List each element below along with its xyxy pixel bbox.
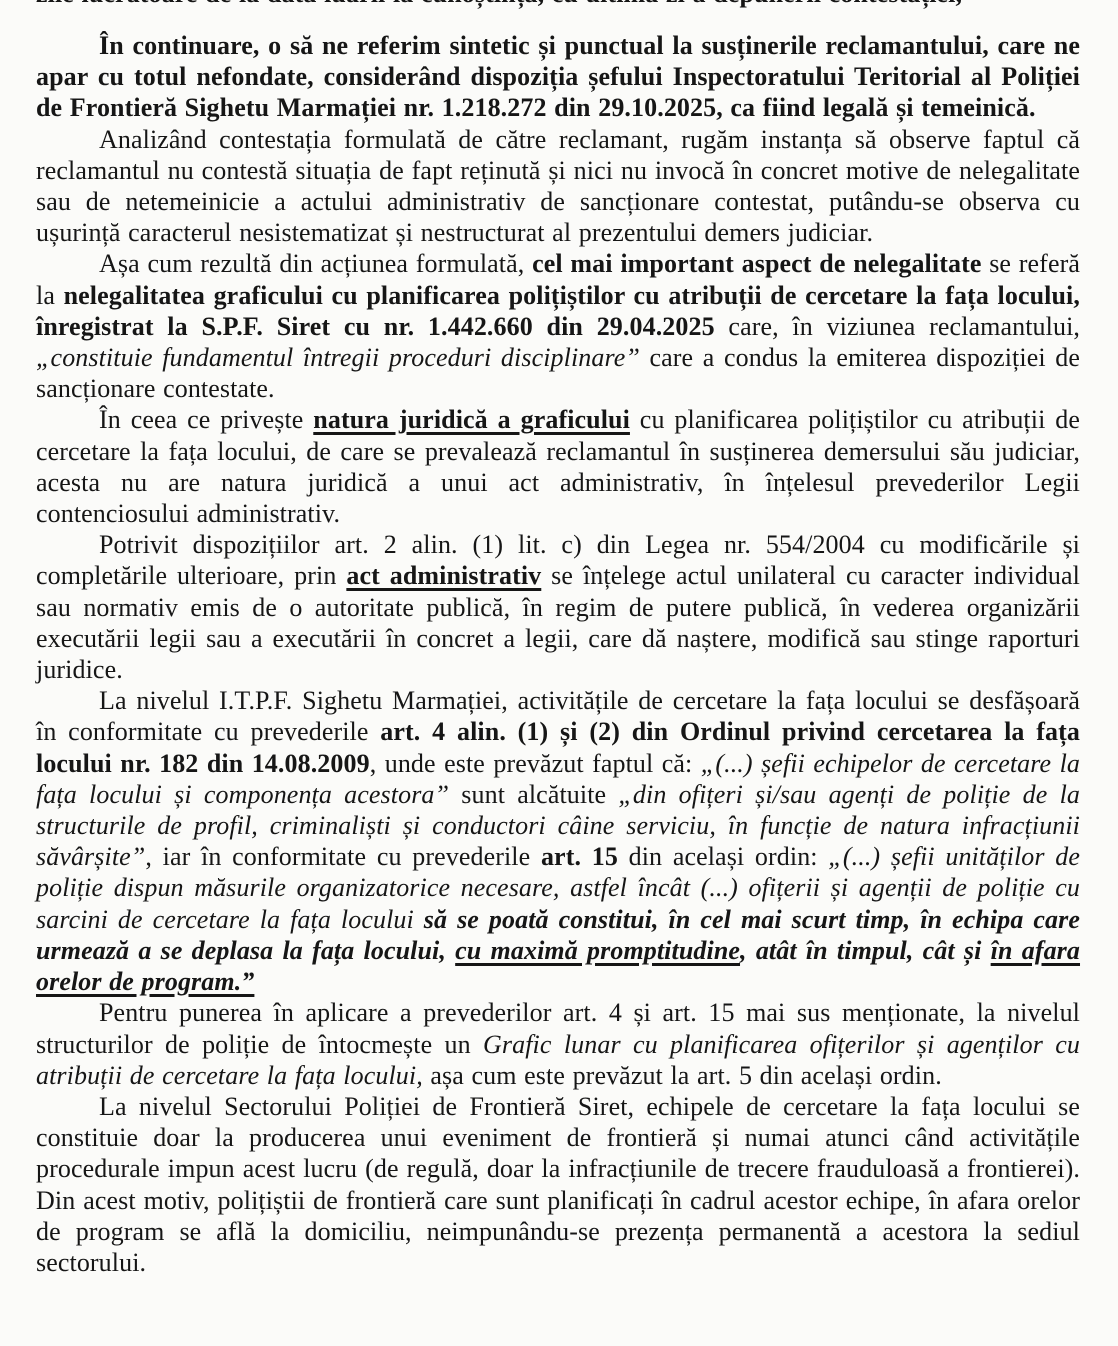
- document-page: În continuare, o să ne referim sintetic …: [0, 0, 1118, 1346]
- text-run: , unde este prevăzut faptul că:: [370, 749, 701, 778]
- text-run: În continuare, o să ne referim sintetic …: [36, 31, 1080, 122]
- text-run: , atât în timpul, cât și: [740, 936, 991, 965]
- text-run: zile lucrătoare de la data luării la cun…: [36, 0, 962, 8]
- text-run: , iar în conformitate cu prevederile: [145, 842, 541, 871]
- document-body: În continuare, o să ne referim sintetic …: [36, 0, 1080, 1278]
- text-run: din același ordin:: [618, 842, 828, 871]
- text-run: care, în viziunea reclamantului,: [715, 312, 1080, 341]
- paragraph-6: Potrivit dispozițiilor art. 2 alin. (1) …: [36, 529, 1080, 685]
- text-run: La nivelul Sectorului Poliției de Fronti…: [36, 1092, 1080, 1277]
- clipped-top-line: zile lucrătoare de la data luării la cun…: [36, 0, 1080, 9]
- paragraph-2: În continuare, o să ne referim sintetic …: [36, 30, 1080, 124]
- paragraph-3: Analizând contestația formulată de către…: [36, 124, 1080, 249]
- paragraph-9: La nivelul Sectorului Poliției de Fronti…: [36, 1091, 1080, 1278]
- text-run: art. 15: [541, 842, 618, 871]
- text-run: „constituie fundamentul întregii procedu…: [36, 343, 640, 372]
- text-run: natura juridică a graficului: [313, 405, 630, 434]
- text-run: cel mai important aspect de nelegalitate: [532, 249, 981, 278]
- text-run: Așa cum rezultă din acțiunea formulată,: [99, 249, 532, 278]
- text-run: cu maximă promptitudine: [455, 936, 740, 965]
- text-run: În ceea ce privește: [99, 405, 313, 434]
- text-run: așa cum este prevăzut la art. 5 din acel…: [423, 1061, 942, 1090]
- paragraph-8: Pentru punerea în aplicare a prevederilo…: [36, 997, 1080, 1091]
- text-run: Analizând contestația formulată de către…: [36, 125, 1080, 248]
- paragraph-7: La nivelul I.T.P.F. Sighetu Marmației, a…: [36, 685, 1080, 997]
- text-run: sunt alcătuite: [449, 780, 618, 809]
- text-run: act administrativ: [346, 561, 541, 590]
- paragraph-4: Așa cum rezultă din acțiunea formulată, …: [36, 248, 1080, 404]
- paragraph-5: În ceea ce privește natura juridică a gr…: [36, 404, 1080, 529]
